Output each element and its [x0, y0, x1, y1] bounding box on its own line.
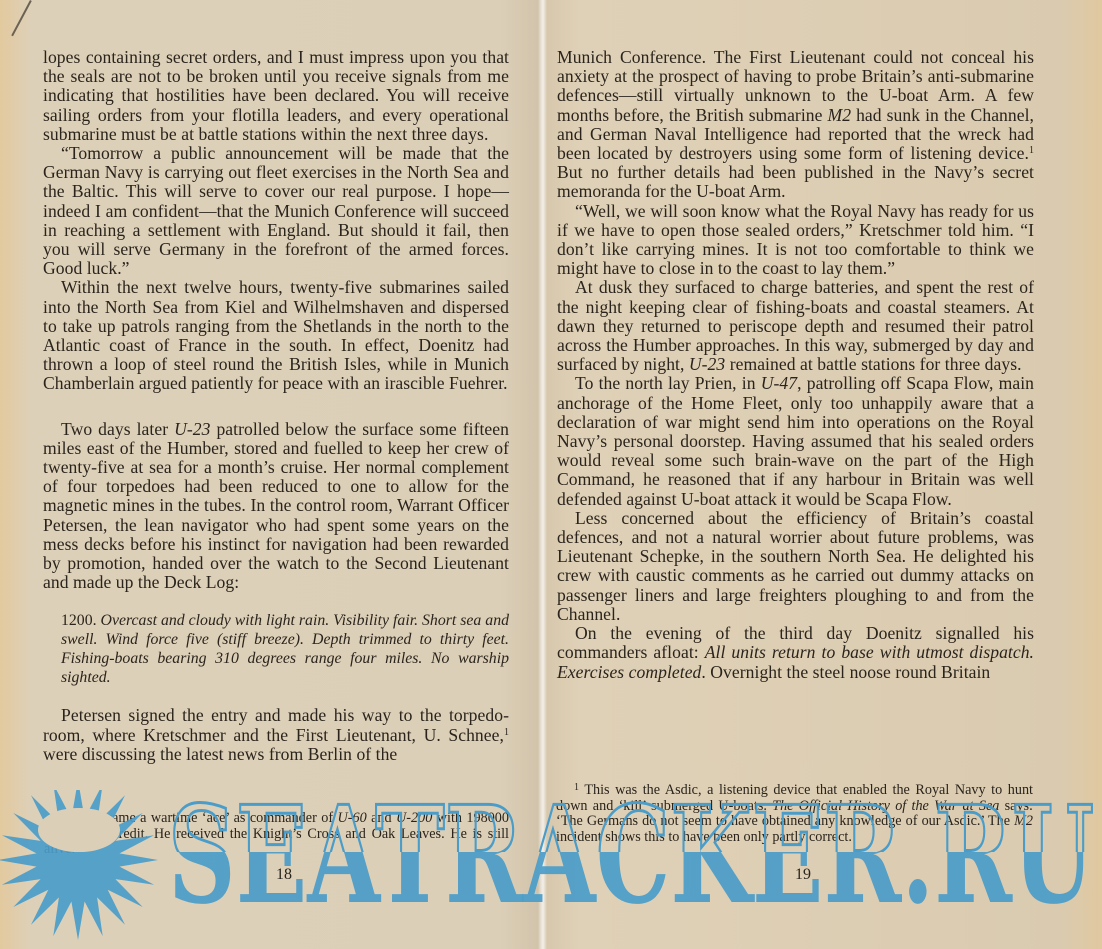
- page-number-right: 19: [795, 866, 811, 884]
- pencil-mark: [11, 0, 32, 36]
- text-run: Two days later: [61, 419, 174, 439]
- text-run: were discussing the latest news from Ber…: [43, 744, 397, 764]
- paragraph: To the north lay Prien, in U-47, patroll…: [557, 374, 1034, 508]
- book-title: The Official History of the War at Sea: [772, 798, 999, 814]
- text-run: remained at battle stations for three da…: [725, 354, 1021, 374]
- submarine-name: U-23: [689, 354, 725, 374]
- text-run: , patrolling off Scapa Flow, main anchor…: [557, 373, 1034, 508]
- text-run: patrolled below the surface some fifteen…: [43, 419, 509, 593]
- footnote-reference: 1: [1029, 145, 1034, 156]
- paragraph: Within the next twelve hours, twenty-fiv…: [43, 278, 509, 393]
- text-run: He became a wartime ‘ace’ as commander o…: [67, 810, 338, 826]
- right-footnote: 1 This was the Asdic, a listening device…: [556, 780, 1033, 845]
- right-page: Munich Conference. The First Lieutenant …: [557, 48, 1034, 682]
- submarine-name: M2: [828, 105, 852, 125]
- submarine-name: U-23: [174, 419, 210, 439]
- log-text: Overcast and cloudy with light rain. Vis…: [61, 612, 509, 686]
- submarine-name: U-47: [761, 373, 797, 393]
- paragraph: Less concerned about the efficiency of B…: [557, 509, 1034, 624]
- deck-log-entry: 1200. Overcast and cloudy with light rai…: [43, 611, 509, 687]
- text-run: incident shows this to have been only pa…: [556, 829, 852, 845]
- submarine-name: M2: [1014, 813, 1033, 829]
- left-footnote: 1 He became a wartime ‘ace’ as commander…: [44, 808, 509, 858]
- submarine-name: U-200: [396, 810, 432, 826]
- submarine-name: U-60: [338, 810, 367, 826]
- text-run: Petersen signed the entry and made his w…: [43, 705, 509, 744]
- text-run: . Overnight the steel noose round Britai…: [701, 662, 990, 682]
- page-number-left: 18: [276, 866, 292, 884]
- left-page: lopes containing secret orders, and I mu…: [43, 48, 509, 764]
- paragraph: Petersen signed the entry and made his w…: [43, 706, 509, 764]
- footnote-reference: 1: [504, 727, 509, 738]
- paragraph: On the evening of the third day Doenitz …: [557, 624, 1034, 682]
- text-run: and: [367, 810, 396, 826]
- paragraph: At dusk they surfaced to charge batterie…: [557, 278, 1034, 374]
- text-run: To the north lay Prien, in: [575, 373, 761, 393]
- book-spread: lopes containing secret orders, and I mu…: [0, 0, 1102, 949]
- log-time: 1200.: [61, 612, 97, 629]
- paragraph: lopes containing secret orders, and I mu…: [43, 48, 509, 144]
- paragraph: “Well, we will soon know what the Royal …: [557, 202, 1034, 279]
- text-run: But no further details had been publishe…: [557, 162, 1034, 201]
- paragraph: Munich Conference. The First Lieutenant …: [557, 48, 1034, 202]
- paragraph: “Tomorrow a public announcement will be …: [43, 144, 509, 278]
- paragraph: Two days later U-23 patrolled below the …: [43, 420, 509, 593]
